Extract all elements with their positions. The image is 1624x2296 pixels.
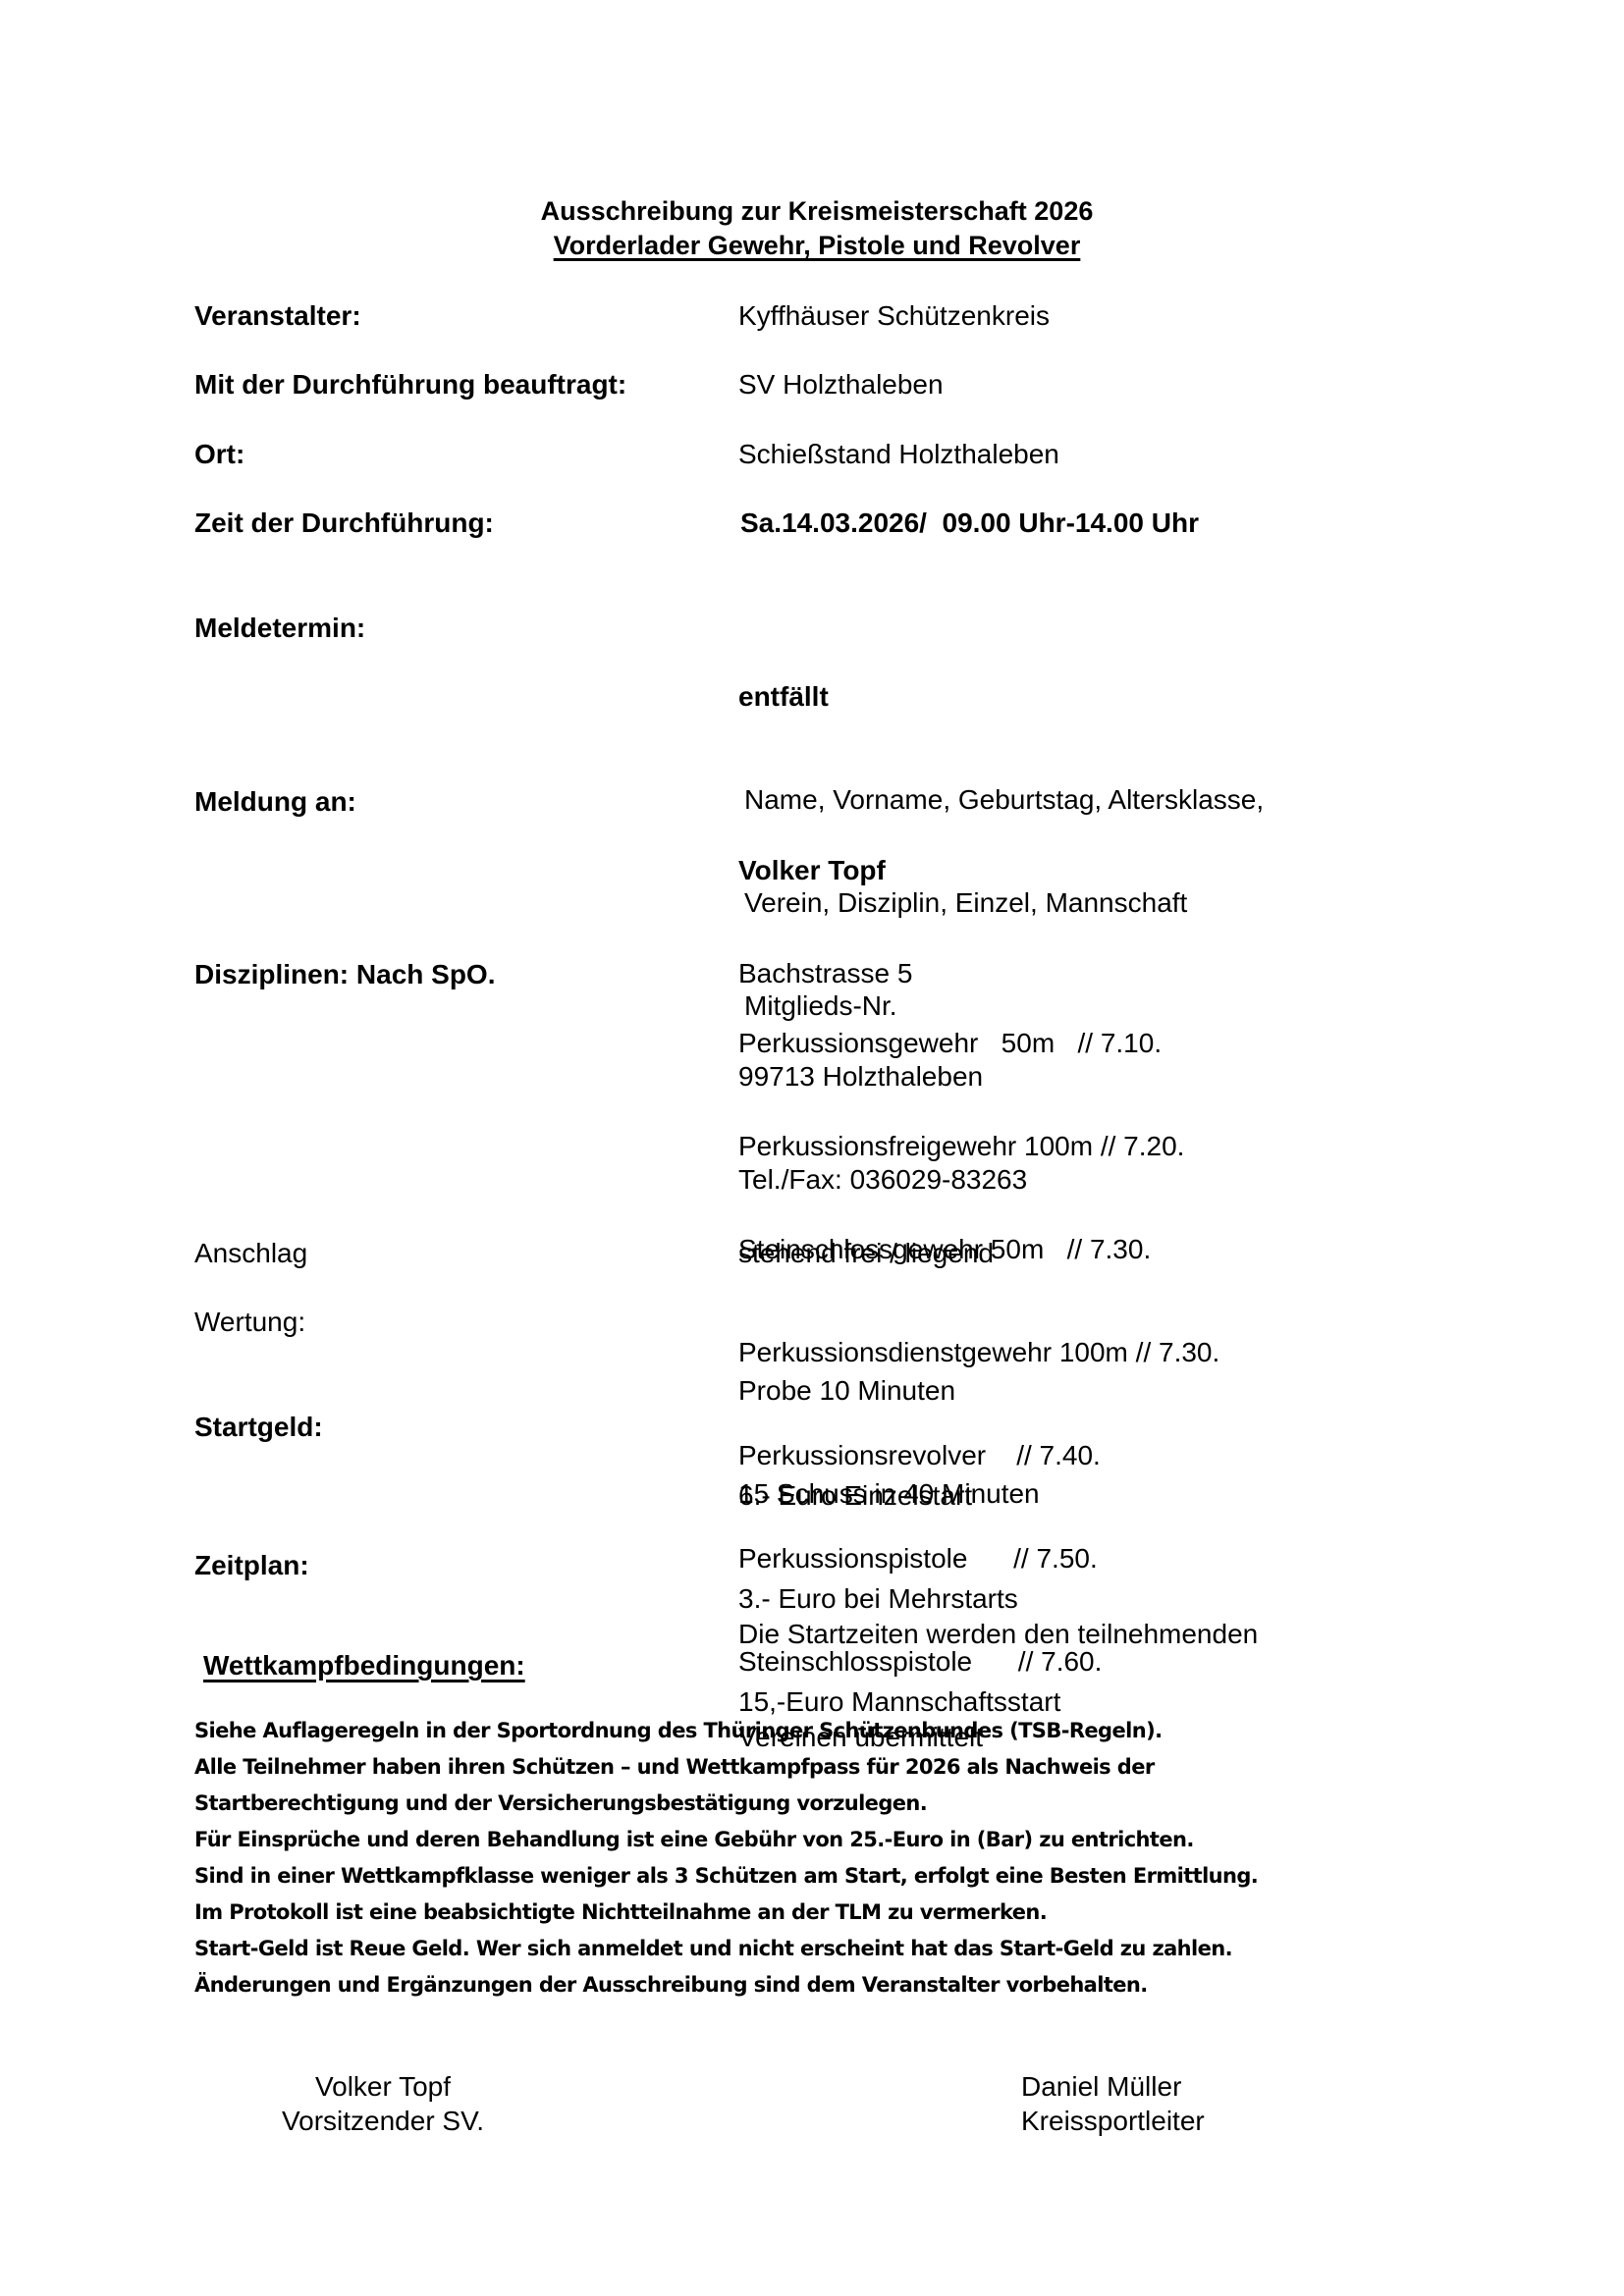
field-label: Startgeld: xyxy=(194,1410,323,1444)
field-label: Meldetermin: xyxy=(194,611,365,645)
document-subtitle: Vorderlader Gewehr, Pistole und Revolver xyxy=(0,231,1624,261)
signature-left: Volker Topf Vorsitzender SV. xyxy=(226,2069,540,2138)
field-label: Veranstalter: xyxy=(194,298,361,333)
signature-role: Vorsitzender SV. xyxy=(226,2104,540,2138)
field-value: Schießstand Holzthaleben xyxy=(738,437,1059,471)
zeitplan-line: Die Startzeiten werden den teilnehmenden xyxy=(738,1617,1258,1651)
field-label: Wertung: xyxy=(194,1305,305,1339)
condition-line: Siehe Auflageregeln in der Sportordnung … xyxy=(194,1713,1258,1749)
field-label: Zeit der Durchführung: xyxy=(194,506,494,540)
fee-line: 6.- Euro Einzelstart xyxy=(738,1478,1060,1513)
signature-name: Daniel Müller xyxy=(1021,2069,1205,2104)
field-value: Sa.14.03.2026/ 09.00 Uhr-14.00 Uhr xyxy=(740,506,1199,540)
contact-name: Volker Topf xyxy=(738,853,1027,887)
field-label: Ort: xyxy=(194,437,244,471)
signature-name: Volker Topf xyxy=(226,2069,540,2104)
condition-line: Alle Teilnehmer haben ihren Schützen – u… xyxy=(194,1749,1258,1786)
meldetermin-status: entfällt xyxy=(738,679,1264,714)
wertung-line: Probe 10 Minuten xyxy=(738,1373,1040,1408)
field-value: SV Holzthaleben xyxy=(738,367,944,401)
field-label: Meldung an: xyxy=(194,784,356,819)
condition-line: Startberechtigung und der Versicherungsb… xyxy=(194,1786,1258,1822)
signature-role: Kreissportleiter xyxy=(1021,2104,1205,2138)
condition-line: Sind in einer Wettkampfklasse weniger al… xyxy=(194,1858,1258,1895)
document-title: Ausschreibung zur Kreismeisterschaft 202… xyxy=(0,196,1624,227)
conditions-heading: Wettkampfbedingungen: xyxy=(203,1650,525,1682)
field-value: stehend frei / liegend xyxy=(738,1236,994,1270)
conditions-list: Siehe Auflageregeln in der Sportordnung … xyxy=(194,1713,1258,2003)
condition-line: Änderungen und Ergänzungen der Ausschrei… xyxy=(194,1967,1258,2003)
discipline-item: Perkussionsfreigewehr 100m // 7.20. xyxy=(738,1129,1219,1163)
condition-line: Für Einsprüche und deren Behandlung ist … xyxy=(194,1822,1258,1858)
field-label: Mit der Durchführung beauftragt: xyxy=(194,367,626,401)
field-label: Disziplinen: Nach SpO. xyxy=(194,957,495,991)
signature-right: Daniel Müller Kreissportleiter xyxy=(1021,2069,1205,2138)
field-value: Kyffhäuser Schützenkreis xyxy=(738,298,1050,333)
field-label: Zeitplan: xyxy=(194,1548,309,1582)
condition-line: Im Protokoll ist eine beabsichtigte Nich… xyxy=(194,1895,1258,1931)
field-label: Anschlag xyxy=(194,1236,307,1270)
discipline-item: Perkussionsgewehr 50m // 7.10. xyxy=(738,1026,1219,1060)
condition-line: Start-Geld ist Reue Geld. Wer sich anmel… xyxy=(194,1931,1258,1967)
